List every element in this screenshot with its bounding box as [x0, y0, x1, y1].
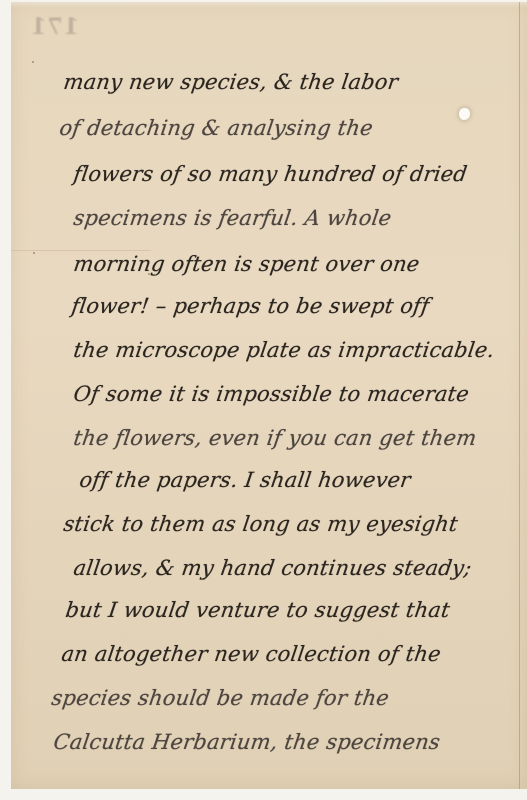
- paper-edge-line: [519, 2, 520, 789]
- text-line: of detaching & analysing the: [58, 116, 375, 140]
- paper-fold: [11, 250, 151, 251]
- text-line: Calcutta Herbarium, the specimens: [52, 730, 442, 754]
- folio-number-bleedthrough: 171: [30, 14, 79, 40]
- text-line: flowers of so many hundred of dried: [72, 162, 469, 186]
- text-line: species should be made for the: [50, 686, 391, 710]
- paper-speck: [32, 61, 34, 63]
- paper-speck: [33, 252, 35, 254]
- text-line: many new species, & the labor: [62, 70, 400, 94]
- text-line: morning often is spent over one: [72, 252, 421, 276]
- text-line: stick to them as long as my eyesight: [62, 512, 459, 536]
- text-line: Of some it is impossible to macerate: [72, 382, 471, 406]
- scan-bottom-margin: [0, 789, 527, 800]
- text-line: but I would venture to suggest that: [64, 598, 452, 622]
- text-line: the microscope plate as impracticable.: [72, 338, 496, 362]
- text-line: off the papers. I shall however: [78, 468, 412, 492]
- document-scan: 171 many new species, & the labor of det…: [0, 0, 527, 800]
- text-line: the flowers, even if you can get them: [72, 426, 478, 450]
- text-line: flower! – perhaps to be swept off: [70, 294, 431, 318]
- text-line: allows, & my hand continues steady;: [72, 556, 473, 580]
- text-line: an altogether new collection of the: [60, 642, 442, 666]
- text-line: specimens is fearful. A whole: [72, 206, 393, 230]
